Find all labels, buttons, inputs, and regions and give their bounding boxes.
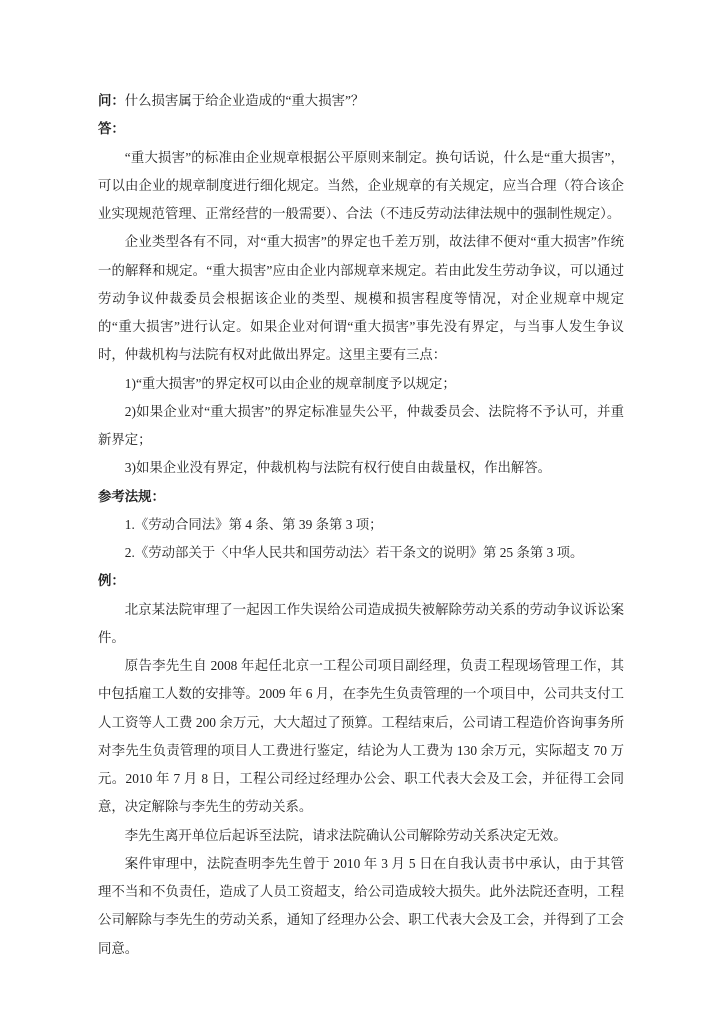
example-heading: 例： bbox=[98, 567, 624, 595]
answer-point-3: 3)如果企业没有界定，仲裁机构与法院有权行使自由裁量权，作出解答。 bbox=[98, 454, 624, 482]
question-text: 什么损害属于给企业造成的“重大损害”？ bbox=[125, 93, 365, 108]
question-label: 问： bbox=[98, 93, 125, 108]
example-paragraph-1: 北京某法院审理了一起因工作失误给公司造成损失被解除劳动关系的劳动争议诉讼案件。 bbox=[98, 596, 624, 653]
reference-item-1: 1.《劳动合同法》第 4 条、第 39 条第 3 项； bbox=[98, 511, 624, 539]
answer-point-2: 2)如果企业对“重大损害”的界定标准显失公平，仲裁委员会、法院将不予认可，并重新… bbox=[98, 398, 624, 455]
example-paragraph-2: 原告李先生自 2008 年起任北京一工程公司项目副经理，负责工程现场管理工作，其… bbox=[98, 652, 624, 822]
answer-paragraph-2: 企业类型各有不同，对“重大损害”的界定也千差万别，故法律不便对“重大损害”作统一… bbox=[98, 228, 624, 369]
example-paragraph-3: 李先生离开单位后起诉至法院，请求法院确认公司解除劳动关系决定无效。 bbox=[98, 822, 624, 850]
document-page: 问：什么损害属于给企业造成的“重大损害”？ 答： “重大损害”的标准由企业规章根… bbox=[0, 0, 721, 1020]
answer-label: 答： bbox=[98, 115, 624, 143]
question-line: 问：什么损害属于给企业造成的“重大损害”？ bbox=[98, 87, 624, 115]
answer-point-1: 1)“重大损害”的界定权可以由企业的规章制度予以规定； bbox=[98, 370, 624, 398]
example-paragraph-4: 案件审理中，法院查明李先生曾于 2010 年 3 月 5 日在自我认责书中承认，… bbox=[98, 850, 624, 963]
answer-paragraph-1: “重大损害”的标准由企业规章根据公平原则来制定。换句话说，什么是“重大损害”，可… bbox=[98, 144, 624, 229]
references-heading: 参考法规： bbox=[98, 483, 624, 511]
reference-item-2: 2.《劳动部关于〈中华人民共和国劳动法〉若干条文的说明》第 25 条第 3 项。 bbox=[98, 539, 624, 567]
